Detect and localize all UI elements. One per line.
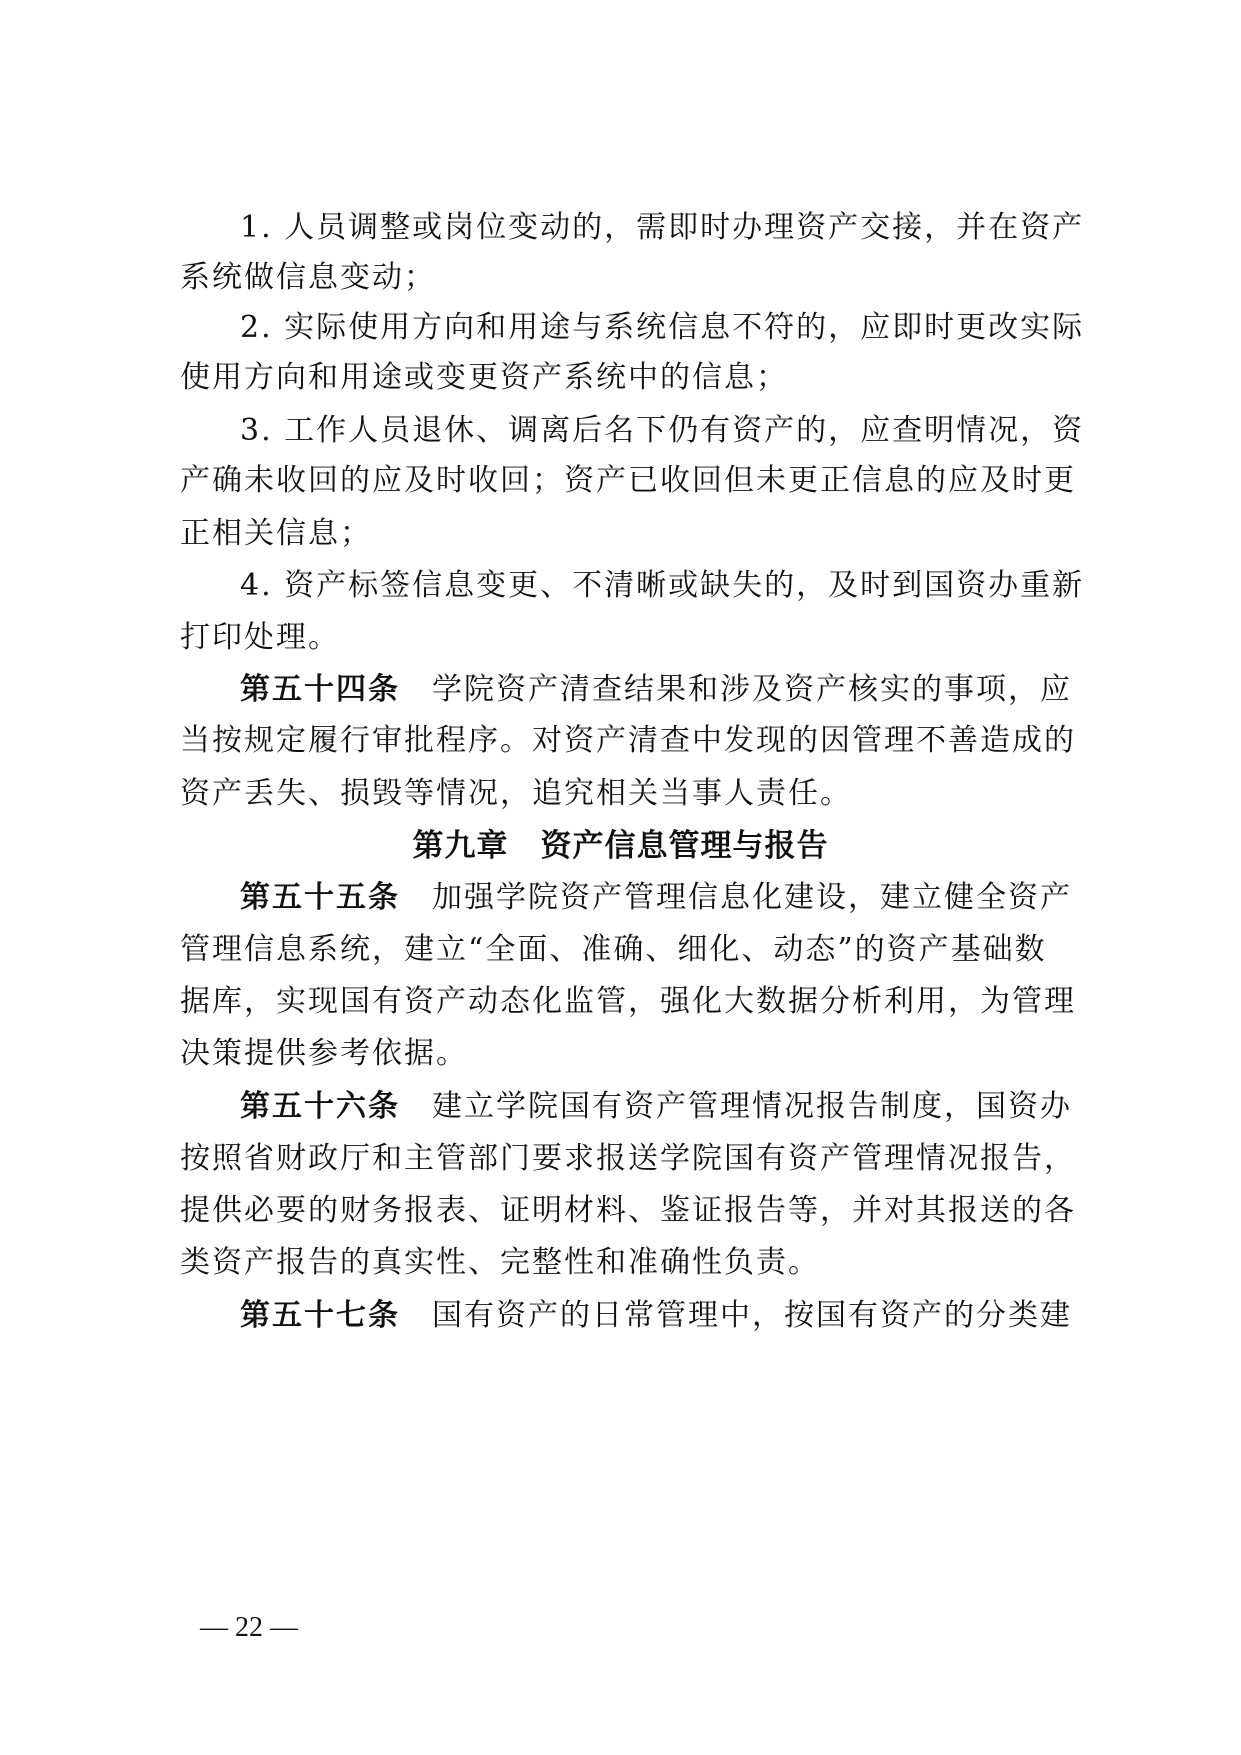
article-55-line-4: 决策提供参考依据。: [180, 1034, 1080, 1074]
document-page: 1. 人员调整或岗位变动的，需即时办理资产交接，并在资产 系统做信息变动； 2.…: [0, 0, 1241, 1755]
item-1-line-1: 1. 人员调整或岗位变动的，需即时办理资产交接，并在资产: [240, 208, 1140, 248]
article-57-text: 国有资产的日常管理中，按国有资产的分类建: [432, 1298, 1072, 1333]
article-57-heading: 第五十七条: [240, 1298, 400, 1333]
article-55-line-3: 据库，实现国有资产动态化监管，强化大数据分析利用，为管理: [180, 982, 1080, 1022]
item-2-line-2: 使用方向和用途或变更资产系统中的信息；: [180, 358, 1080, 398]
article-56-line-2: 按照省财政厅和主管部门要求报送学院国有资产管理情况报告，: [180, 1139, 1080, 1179]
item-4-line-1: 4. 资产标签信息变更、不清晰或缺失的，及时到国资办重新: [240, 566, 1140, 606]
article-56-line-1: 第五十六条 建立学院国有资产管理情况报告制度，国资办: [240, 1087, 1140, 1127]
item-4-line-2: 打印处理。: [180, 618, 1080, 658]
item-3-line-2: 产确未收回的应及时收回；资产已收回但未更正信息的应及时更: [180, 461, 1080, 501]
article-55-line-2: 管理信息系统，建立“全面、准确、细化、动态”的资产基础数: [180, 930, 1080, 970]
article-56-text: 建立学院国有资产管理情况报告制度，国资办: [432, 1089, 1072, 1124]
article-54-line-2: 当按规定履行审批程序。对资产清查中发现的因管理不善造成的: [180, 721, 1080, 761]
article-56-line-4: 类资产报告的真实性、完整性和准确性负责。: [180, 1243, 1080, 1283]
article-57-line-1: 第五十七条 国有资产的日常管理中，按国有资产的分类建: [240, 1296, 1140, 1336]
article-55-heading: 第五十五条: [240, 880, 400, 915]
page-number: — 22 —: [200, 1612, 298, 1644]
article-54-line-3: 资产丢失、损毁等情况，追究相关当事人责任。: [180, 774, 1080, 814]
article-54-line-1: 第五十四条 学院资产清查结果和涉及资产核实的事项，应: [240, 670, 1140, 710]
article-54-text: 学院资产清查结果和涉及资产核实的事项，应: [432, 672, 1072, 707]
article-54-heading: 第五十四条: [240, 672, 400, 707]
item-3-line-3: 正相关信息；: [180, 514, 1080, 554]
chapter-heading: 第九章 资产信息管理与报告: [0, 826, 1241, 866]
item-3-line-1: 3. 工作人员退休、调离后名下仍有资产的，应查明情况，资: [240, 411, 1140, 451]
article-56-line-3: 提供必要的财务报表、证明材料、鉴证报告等，并对其报送的各: [180, 1191, 1080, 1231]
article-56-heading: 第五十六条: [240, 1089, 400, 1124]
item-2-line-1: 2. 实际使用方向和用途与系统信息不符的，应即时更改实际: [240, 308, 1140, 348]
item-1-line-2: 系统做信息变动；: [180, 258, 1080, 298]
article-55-line-1: 第五十五条 加强学院资产管理信息化建设，建立健全资产: [240, 878, 1140, 918]
article-55-text: 加强学院资产管理信息化建设，建立健全资产: [432, 880, 1072, 915]
